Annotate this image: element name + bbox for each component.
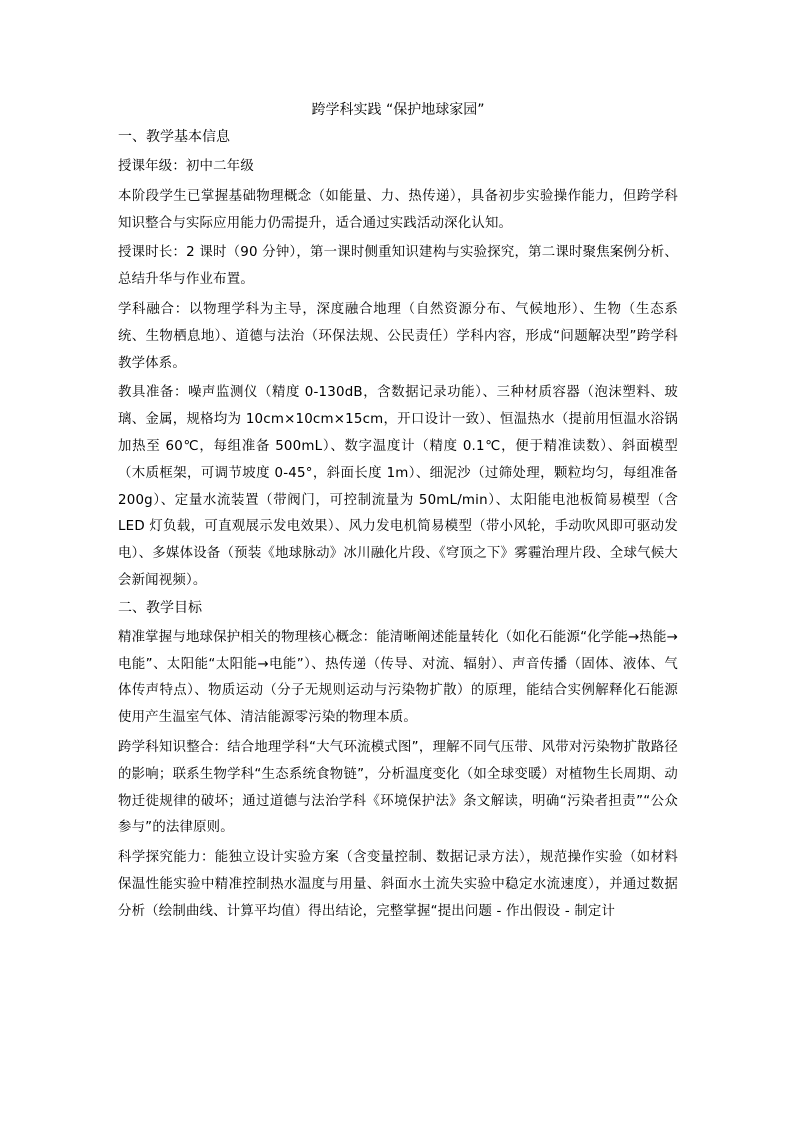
document-title: 跨学科实践 “保护地球家园”: [118, 100, 678, 120]
paragraph-learners: 本阶段学生已掌握基础物理概念（如能量、力、热传递），具备初步实验操作能力，但跨学…: [118, 184, 678, 238]
paragraph-cross-discipline: 跨学科知识整合：结合地理学科“大气环流模式图”，理解不同气压带、风带对污染物扩散…: [118, 735, 678, 842]
section-heading-basic-info: 一、教学基本信息: [118, 127, 678, 147]
document-page: 跨学科实践 “保护地球家园” 一、教学基本信息 授课年级：初中二年级 本阶段学生…: [118, 100, 678, 926]
paragraph-grade: 授课年级：初中二年级: [118, 154, 678, 181]
paragraph-materials: 教具准备：噪声监测仪（精度 0-130dB，含数据记录功能）、三种材质容器（泡沫…: [118, 380, 678, 594]
paragraph-duration: 授课时长：2 课时（90 分钟），第一课时侧重知识建构与实验探究，第二课时聚焦案…: [118, 240, 678, 294]
section-heading-objectives: 二、教学目标: [118, 598, 678, 618]
paragraph-integration: 学科融合：以物理学科为主导，深度融合地理（自然资源分布、气候地形）、生物（生态系…: [118, 297, 678, 377]
paragraph-physics-concepts: 精准掌握与地球保护相关的物理核心概念：能清晰阐述能量转化（如化石能源“化学能→热…: [118, 625, 678, 732]
paragraph-inquiry: 科学探究能力：能独立设计实验方案（含变量控制、数据记录方法），规范操作实验（如材…: [118, 845, 678, 925]
